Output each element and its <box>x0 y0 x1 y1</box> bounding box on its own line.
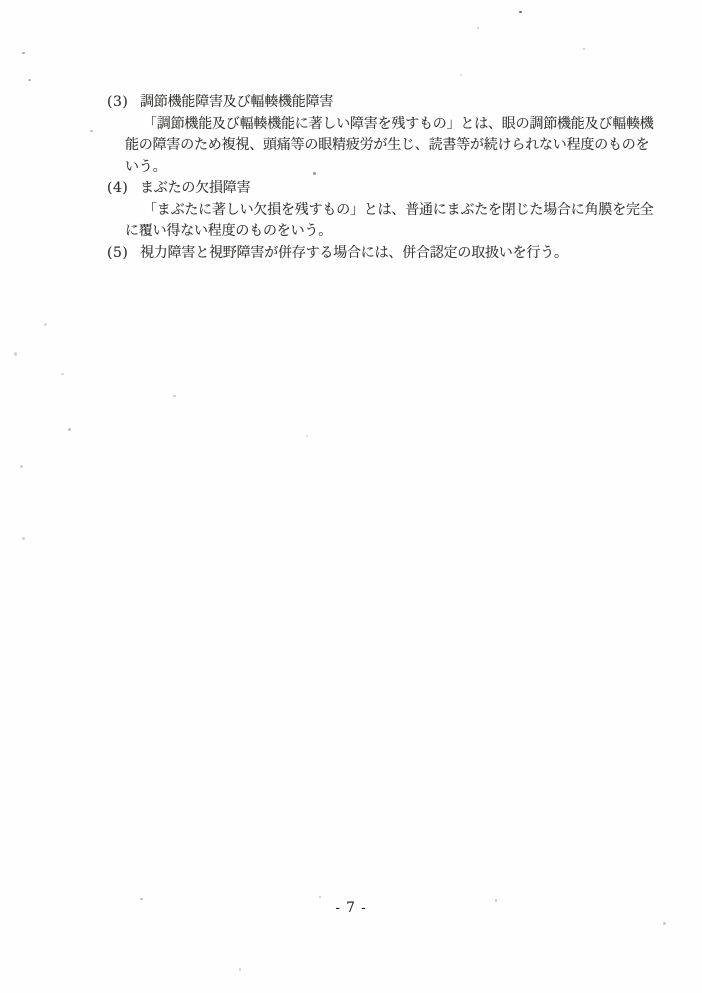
clause-4-title: まぶたの欠損障害 <box>140 180 250 196</box>
scan-speck <box>44 323 47 326</box>
clause-5-title: 視力障害と視野障害が併存する場合には、併合認定の取扱いを行う。 <box>140 245 568 261</box>
clause-5-heading: (5)視力障害と視野障害が併存する場合には、併合認定の取扱いを行う。 <box>0 243 702 265</box>
scan-speck <box>663 922 666 925</box>
clause-4-marker: (4) <box>107 178 140 200</box>
clause-4-text: 「まぶたに著しい欠損を残すもの」とは、普通にまぶたを閉じた場合に角膜を完全 <box>143 202 654 218</box>
clause-3-text: 「調節機能及び輻輳機能に著しい障害を残すもの」とは、眼の調節機能及び輻輳機 <box>143 116 654 132</box>
page-number: - 7 - <box>0 900 702 916</box>
scan-speck <box>583 48 585 50</box>
document-body: (3)調節機能障害及び輻輳機能障害 「調節機能及び輻輳機能に著しい障害を残すもの… <box>0 92 702 264</box>
clause-4-heading: (4)まぶたの欠損障害 <box>0 178 702 200</box>
clause-3-body-line-1: 「調節機能及び輻輳機能に著しい障害を残すもの」とは、眼の調節機能及び輻輳機 <box>0 114 702 136</box>
scan-speck <box>68 428 71 431</box>
scan-speck <box>239 968 241 971</box>
clause-3-title: 調節機能障害及び輻輳機能障害 <box>140 94 333 110</box>
clause-4-text: に覆い得ない程度のものをいう。 <box>125 223 332 239</box>
scan-speck <box>173 395 176 397</box>
scanned-document-page: (3)調節機能障害及び輻輳機能障害 「調節機能及び輻輳機能に著しい障害を残すもの… <box>0 0 702 993</box>
scan-speck <box>319 896 321 898</box>
scan-speck <box>477 27 479 29</box>
scan-speck <box>460 74 462 76</box>
clause-3-body-line-3: いう。 <box>0 157 702 179</box>
clause-3-text: 能の障害のため複視、頭痛等の眼精疲労が生じ、読書等が続けられない程度のものを <box>125 137 649 153</box>
clause-3-heading: (3)調節機能障害及び輻輳機能障害 <box>0 92 702 114</box>
scan-speck <box>306 435 308 437</box>
scan-speck <box>28 79 31 81</box>
scan-speck <box>22 537 25 540</box>
scan-speck <box>22 52 25 54</box>
clause-5-marker: (5) <box>107 243 140 265</box>
clause-3-marker: (3) <box>107 92 140 114</box>
scan-speck <box>61 373 64 375</box>
scan-speck <box>519 11 522 13</box>
clause-4-body-line-2: に覆い得ない程度のものをいう。 <box>0 221 702 243</box>
clause-3-body-line-2: 能の障害のため複視、頭痛等の眼精疲労が生じ、読書等が続けられない程度のものを <box>0 135 702 157</box>
scan-speck <box>14 352 17 356</box>
clause-3-text: いう。 <box>125 159 166 175</box>
clause-4-body-line-1: 「まぶたに著しい欠損を残すもの」とは、普通にまぶたを閉じた場合に角膜を完全 <box>0 200 702 222</box>
scan-speck <box>20 465 23 468</box>
